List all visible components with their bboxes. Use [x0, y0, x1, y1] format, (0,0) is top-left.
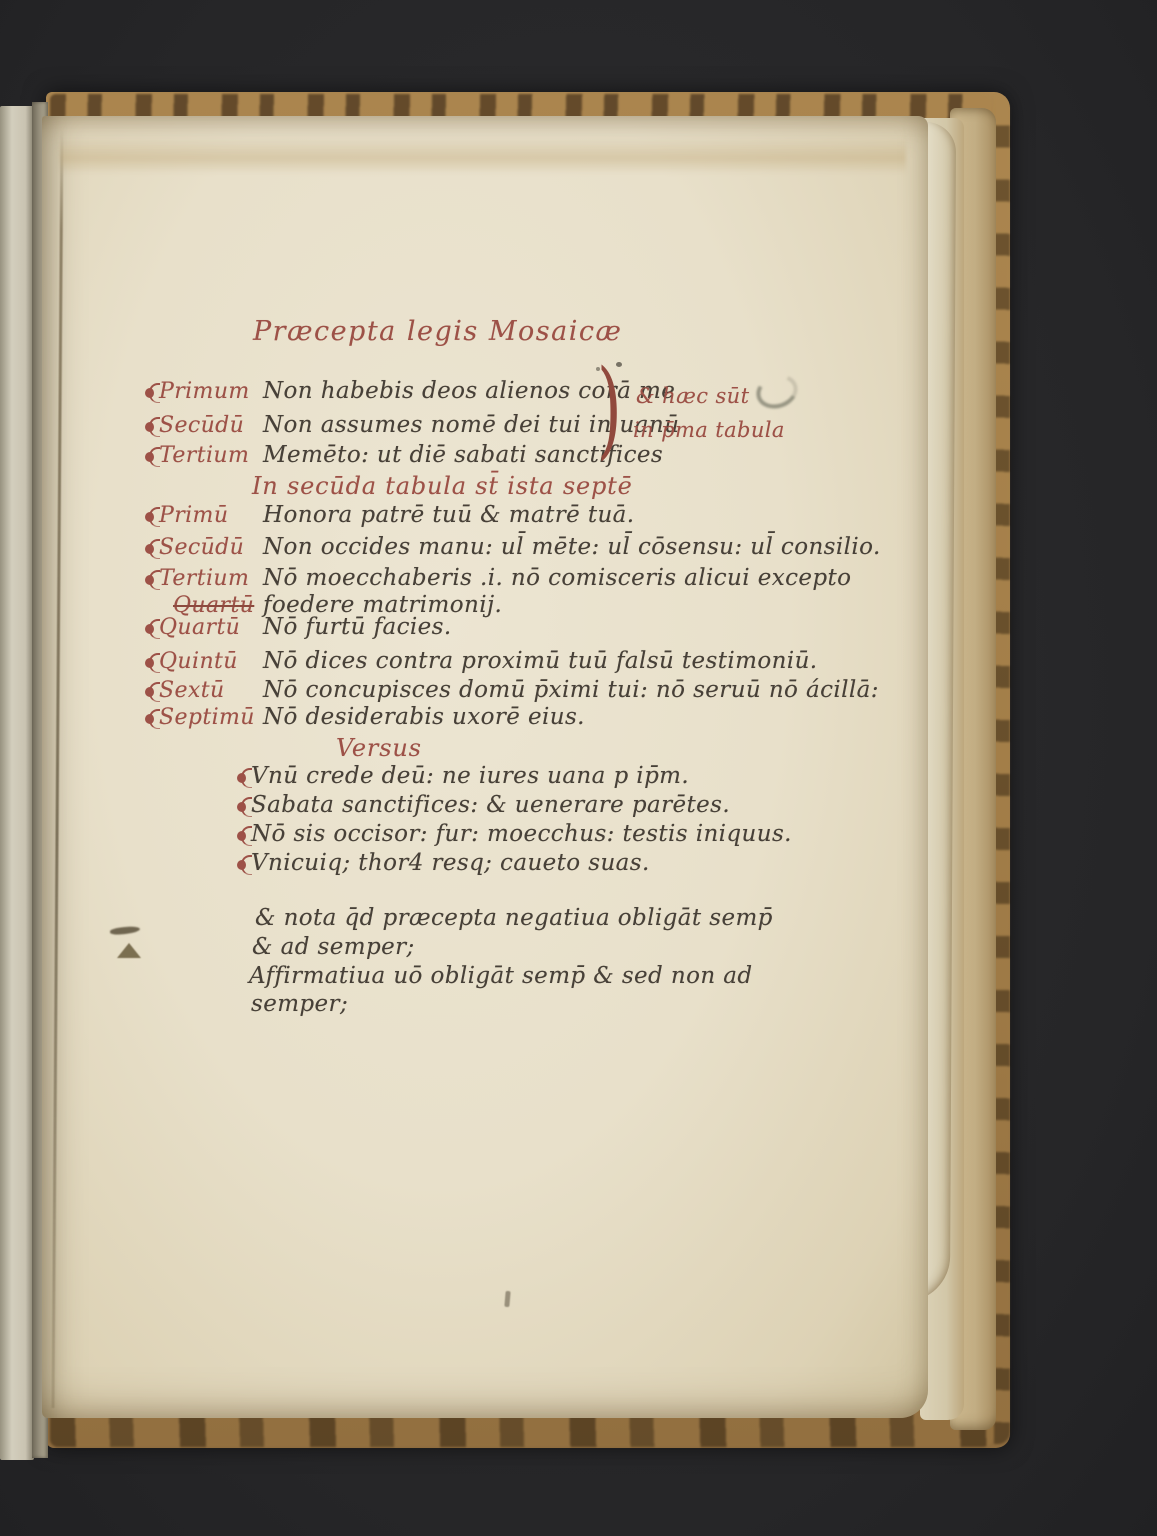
text-layer: Præcepta legis Mosaicæ PrimumNon habebis…	[0, 0, 1157, 1536]
nota-line: & nota q̄d præcepta negatiua obligāt sem…	[255, 905, 773, 931]
paraph-mark-icon	[237, 856, 250, 872]
paraph-mark-icon	[237, 827, 250, 843]
nota-line: semper;	[251, 991, 348, 1017]
verse-text: Sabata sanctifices: & uenerare parētes.	[251, 792, 730, 818]
verse-line: Nō sis occisor: fur: moecchus: testis in…	[237, 821, 792, 847]
commandment-row: TertiumNō moecchaberis .i. nō comisceris…	[145, 565, 851, 591]
commandment-label: Secūdū	[159, 413, 244, 438]
paraph-mark-icon	[145, 654, 158, 670]
manuscript-photo: Præcepta legis Mosaicæ PrimumNon habebis…	[0, 0, 1157, 1536]
commandment-row: SecūdūNon occides manu: ul̄ mēte: ul̄ cō…	[145, 534, 881, 560]
commandment-row: SextūNō concupisces domū p̄ximi tui: nō …	[145, 677, 879, 703]
nota-line: & ad semper;	[252, 934, 415, 960]
commandment-row: TertiumMemēto: ut diē sabati sanctifices	[145, 442, 663, 468]
commandment-row: QuartūNō furtū facies.	[145, 614, 452, 640]
verse-line: Vnicuiq; thor4 resq; caueto suas.	[237, 850, 650, 876]
commandment-label: Sextū	[159, 678, 225, 703]
commandment-label: Quintū	[159, 649, 238, 674]
commandment-text: Non occides manu: ul̄ mēte: ul̄ cōsensu:…	[263, 534, 881, 560]
verse-line: Vnū crede deū: ne iures uana p ip̄m.	[237, 763, 689, 789]
verse-text: Vnū crede deū: ne iures uana p ip̄m.	[251, 763, 689, 789]
commandment-label: Primū	[159, 503, 228, 528]
marginal-note-line: & hæc sūt	[636, 384, 749, 408]
commandment-text: Nō desiderabis uxorē eius.	[263, 704, 585, 730]
paraph-mark-icon	[145, 508, 158, 524]
commandment-label: Tertium	[159, 443, 249, 468]
commandment-text: Nō concupisces domū p̄ximi tui: nō seruū…	[263, 677, 879, 703]
paraph-mark-icon	[145, 540, 158, 556]
commandment-label: Secūdū	[159, 535, 244, 560]
commandment-text: Honora patrē tuū & matrē tuā.	[263, 502, 635, 528]
nota-line: Affirmatiua uō obligāt semp̄ & sed non a…	[249, 963, 753, 989]
commandment-label: Primum	[159, 379, 250, 404]
verse-text: Nō sis occisor: fur: moecchus: testis in…	[251, 821, 792, 847]
commandment-row: QuintūNō dices contra proximū tuū falsū …	[145, 648, 818, 674]
versus-heading: Versus	[336, 734, 422, 762]
commandment-label: Septimū	[159, 705, 255, 730]
second-tabula-heading: In secūda tabula st̄ ista septē	[252, 472, 633, 500]
commandment-text: Nō dices contra proximū tuū falsū testim…	[263, 648, 818, 674]
paraph-mark-icon	[145, 620, 158, 636]
marginal-note-line: in p̄ma tabula	[633, 418, 785, 442]
grouping-brace: )	[597, 356, 622, 462]
commandment-row: PrimumNon habebis deos alienos corā me	[145, 378, 675, 404]
paraph-mark-icon	[237, 769, 250, 785]
commandment-label: Quartū	[159, 615, 240, 640]
paraph-mark-icon	[145, 448, 158, 464]
commandment-text: Nō furtū facies.	[263, 614, 452, 640]
paraph-mark-icon	[145, 418, 158, 434]
page-title: Præcepta legis Mosaicæ	[253, 316, 622, 347]
commandment-row: SeptimūNō desiderabis uxorē eius.	[145, 704, 585, 730]
paraph-mark-icon	[237, 798, 250, 814]
commandment-label: Tertium	[159, 566, 249, 591]
paraph-mark-icon	[145, 571, 158, 587]
commandment-text: Nō moecchaberis .i. nō comisceris alicui…	[263, 565, 851, 591]
paraph-mark-icon	[145, 710, 158, 726]
commandment-row: PrimūHonora patrē tuū & matrē tuā.	[145, 502, 635, 528]
paraph-mark-icon	[145, 683, 158, 699]
verse-line: Sabata sanctifices: & uenerare parētes.	[237, 792, 730, 818]
paraph-mark-icon	[145, 384, 158, 400]
verse-text: Vnicuiq; thor4 resq; caueto suas.	[251, 850, 650, 876]
